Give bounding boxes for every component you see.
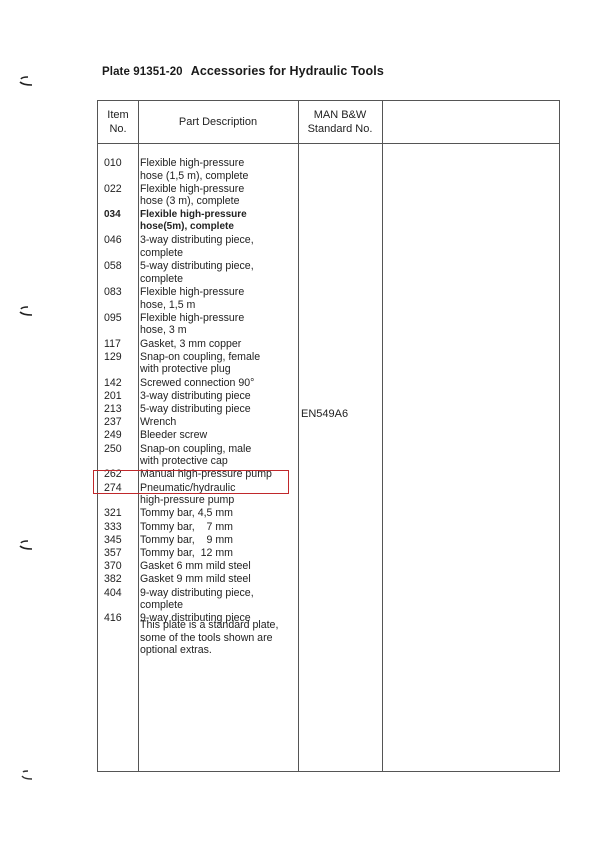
item-number: 213 [104, 403, 128, 416]
item-number: 345 [104, 534, 128, 547]
part-description: 3-way distributing piece,complete [140, 234, 300, 259]
item-number: 095 [104, 312, 128, 325]
description-line: Flexible high-pressure [140, 312, 300, 325]
description-line: Snap-on coupling, female [140, 351, 300, 364]
part-description: Screwed connection 90° [140, 377, 300, 390]
description-line: Wrench [140, 416, 300, 429]
item-number: 058 [104, 260, 128, 273]
description-line: Flexible high-pressure [140, 286, 300, 299]
description-line: with protective plug [140, 363, 300, 376]
part-description: 9-way distributing piece,complete [140, 587, 300, 612]
part-description: Flexible high-pressurehose (1,5 m), comp… [140, 157, 300, 182]
item-number: 357 [104, 547, 128, 560]
column-divider [138, 101, 139, 771]
header-standard-line1: MAN B&W [308, 108, 373, 122]
plate-note: This plate is a standard plate, some of … [140, 619, 278, 657]
description-line: 3-way distributing piece, [140, 234, 300, 247]
punch-hole-mark [18, 540, 34, 550]
item-number: 404 [104, 587, 128, 600]
description-line: Gasket 6 mm mild steel [140, 560, 300, 573]
description-line: hose (3 m), complete [140, 195, 300, 208]
part-description: Tommy bar, 4,5 mm [140, 507, 300, 520]
header-part-description: Part Description [138, 101, 298, 143]
description-line: Flexible high-pressure [140, 183, 300, 196]
description-line: Gasket 9 mm mild steel [140, 573, 300, 586]
highlight-box [93, 470, 289, 494]
plate-number: Plate 91351-20 [102, 66, 183, 78]
part-description: Gasket, 3 mm copper [140, 338, 300, 351]
note-line: optional extras. [140, 644, 278, 657]
part-description: Tommy bar, 12 mm [140, 547, 300, 560]
description-line: Flexible high-pressure [140, 209, 300, 222]
description-line: Bleeder screw [140, 429, 300, 442]
item-number: 237 [104, 416, 128, 429]
part-description: Snap-on coupling, malewith protective ca… [140, 443, 300, 468]
item-number: 201 [104, 390, 128, 403]
item-number: 333 [104, 521, 128, 534]
item-number: 010 [104, 157, 128, 170]
parts-table: ItemNo. Part Description MAN B&WStandard… [97, 100, 560, 772]
description-line: hose (1,5 m), complete [140, 170, 300, 183]
header-divider [98, 143, 559, 144]
item-number: 129 [104, 351, 128, 364]
header-item-no-line2: No. [107, 122, 128, 136]
description-line: 5-way distributing piece [140, 403, 300, 416]
part-description: Snap-on coupling, femalewith protective … [140, 351, 300, 376]
note-line: some of the tools shown are [140, 632, 278, 645]
description-line: complete [140, 599, 300, 612]
item-number: 022 [104, 183, 128, 196]
part-description: Flexible high-pressurehose, 3 m [140, 312, 300, 337]
plate-title: Accessories for Hydraulic Tools [191, 64, 384, 78]
header-extra [382, 101, 560, 143]
description-line: 3-way distributing piece [140, 390, 300, 403]
item-number: 117 [104, 338, 128, 351]
part-description: Tommy bar, 9 mm [140, 534, 300, 547]
part-description: Gasket 9 mm mild steel [140, 573, 300, 586]
part-description: Flexible high-pressurehose (3 m), comple… [140, 183, 300, 208]
description-line: Snap-on coupling, male [140, 443, 300, 456]
description-line: Tommy bar, 9 mm [140, 534, 300, 547]
description-line: Gasket, 3 mm copper [140, 338, 300, 351]
part-description: Wrench [140, 416, 300, 429]
punch-hole-mark [18, 770, 34, 780]
description-line: hose, 3 m [140, 324, 300, 337]
part-description: Gasket 6 mm mild steel [140, 560, 300, 573]
item-number: 321 [104, 507, 128, 520]
part-description: 3-way distributing piece [140, 390, 300, 403]
header-item-no: ItemNo. [98, 101, 138, 143]
item-number: 416 [104, 612, 128, 625]
item-number: 034 [104, 209, 128, 222]
note-line: This plate is a standard plate, [140, 619, 278, 632]
item-number: 142 [104, 377, 128, 390]
item-number: 370 [104, 560, 128, 573]
description-line: Tommy bar, 4,5 mm [140, 507, 300, 520]
description-line: 5-way distributing piece, [140, 260, 300, 273]
description-line: 9-way distributing piece, [140, 587, 300, 600]
item-number: 083 [104, 286, 128, 299]
description-line: hose, 1,5 m [140, 299, 300, 312]
item-number: 249 [104, 429, 128, 442]
description-line: hose(5m), complete [140, 221, 300, 234]
description-line: Tommy bar, 7 mm [140, 521, 300, 534]
item-number: 382 [104, 573, 128, 586]
description-line: Flexible high-pressure [140, 157, 300, 170]
punch-hole-mark [18, 76, 34, 86]
header-standard-line2: Standard No. [308, 122, 373, 136]
description-line: high-pressure pump [140, 494, 300, 507]
item-number: 046 [104, 234, 128, 247]
part-description: 5-way distributing piece [140, 403, 300, 416]
part-description: Flexible high-pressurehose, 1,5 m [140, 286, 300, 311]
page-title: Plate 91351-20Accessories for Hydraulic … [102, 64, 384, 78]
item-number: 250 [104, 443, 128, 456]
description-line: complete [140, 273, 300, 286]
header-standard-no: MAN B&WStandard No. [298, 101, 382, 143]
punch-hole-mark [18, 306, 34, 316]
part-description: Tommy bar, 7 mm [140, 521, 300, 534]
description-line: Tommy bar, 12 mm [140, 547, 300, 560]
part-description: Bleeder screw [140, 429, 300, 442]
standard-number: EN549A6 [301, 408, 348, 420]
description-line: Screwed connection 90° [140, 377, 300, 390]
description-line: complete [140, 247, 300, 260]
part-description: Flexible high-pressurehose(5m), complete [140, 209, 300, 234]
description-line: with protective cap [140, 455, 300, 468]
part-description: 5-way distributing piece,complete [140, 260, 300, 285]
header-item-no-line1: Item [107, 108, 128, 122]
column-divider [382, 101, 383, 771]
